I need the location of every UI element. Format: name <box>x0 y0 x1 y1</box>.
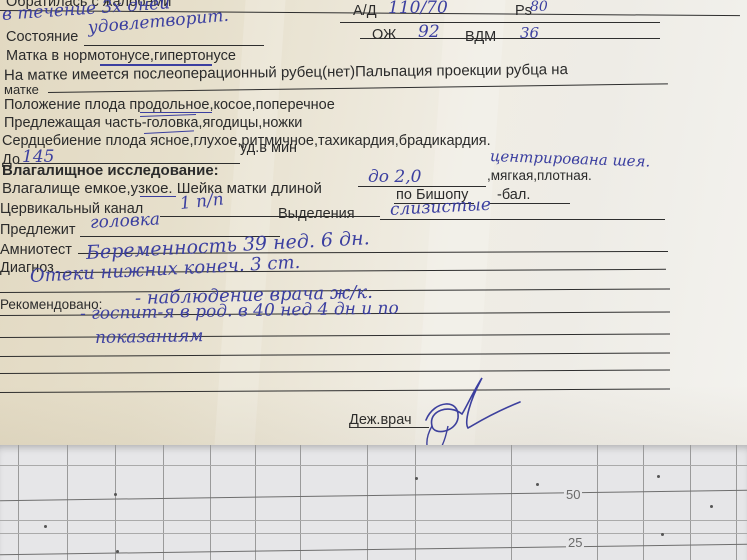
bishop-suffix: -бал. <box>497 187 530 203</box>
oj-value: 92 <box>418 22 440 42</box>
vagina-label: Влагалище емкое,узкое. Шейка матки длино… <box>2 180 322 197</box>
oj-label: ОЖ <box>372 27 396 43</box>
doctor-label: Деж.врач <box>349 412 412 428</box>
selection-underline <box>140 112 212 113</box>
rule <box>380 219 665 220</box>
rule <box>349 427 429 428</box>
vdm-label: ВДМ <box>465 29 496 45</box>
cervical-canal-value: 1 п/п <box>179 189 225 213</box>
graph-label-25: 25 <box>566 535 584 550</box>
uterus-tone-line: Матка в нормотонусе,гипертонусе <box>6 48 236 64</box>
amniotest-label: Амниотест <box>0 242 72 258</box>
discharge-label: Выделения <box>278 206 355 222</box>
rule <box>340 22 660 23</box>
recommend-line3: показаниям <box>95 326 204 348</box>
form-sheet: Обратилась с жалобами в течение 3х дней … <box>0 0 747 445</box>
graph-label-50: 50 <box>564 487 582 502</box>
rule <box>360 38 660 39</box>
selection-underline <box>140 196 176 197</box>
bp-label: А/Д <box>353 3 377 19</box>
fetal-position-line: Положение плода продольное,косое,попереч… <box>4 97 335 113</box>
scar-line-cont: матке <box>4 82 39 97</box>
rule <box>0 352 670 357</box>
heart-rate-unit: уд.в мин <box>240 140 297 156</box>
doctor-signature <box>420 370 530 445</box>
bp-value: 110/70 <box>388 0 448 18</box>
vaginal-exam-title: Влагалищное исследование: <box>2 162 219 179</box>
cervix-length-value: до 2,0 <box>368 167 421 187</box>
presenting-label: Предлежит <box>0 222 76 238</box>
ps-value: 80 <box>530 0 548 15</box>
state-label: Состояние <box>6 29 78 45</box>
rule <box>490 203 570 204</box>
presenting-value: головка <box>89 209 160 233</box>
presenting-part-line: Предлежащая часть-головка,ягодицы,ножки <box>4 115 302 131</box>
cervix-consistency: ,мягкая,плотная. <box>487 168 592 183</box>
vdm-value: 36 <box>520 24 539 42</box>
rule <box>0 388 670 393</box>
rule <box>48 83 668 93</box>
recommend-line2: - госпит-я в род. в 40 нед 4 дн и по <box>80 298 399 324</box>
rule <box>84 45 264 46</box>
graph-paper-sheet: 50 25 <box>0 445 747 560</box>
rule <box>0 369 670 374</box>
